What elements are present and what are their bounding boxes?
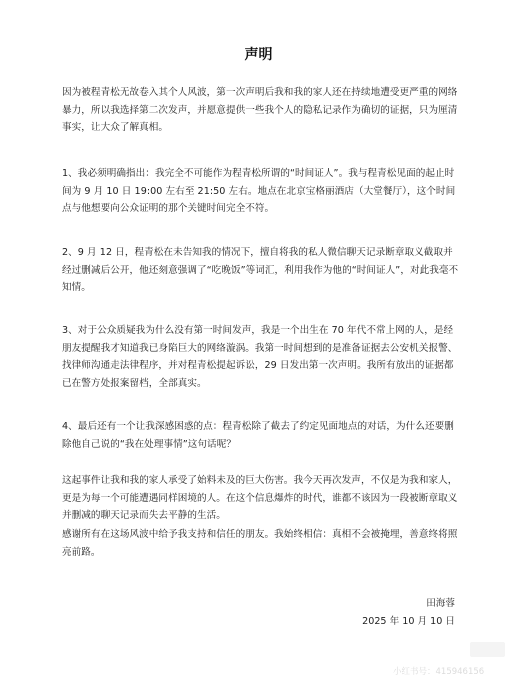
watermark-logo-icon <box>470 642 505 657</box>
paragraph-point-3: 3、对于公众质疑我为什么没有第一时间发声，我是一个出生在 70 年代不常上网的人… <box>62 322 462 393</box>
paragraph-point-1: 1、我必须明确指出：我完全不可能作为程青松所谓的“时间证人”。我与程青松见面的起… <box>62 165 462 218</box>
paragraph-intro: 因为被程青松无故卷入其个人风波，第一次声明后我和我的家人还在持续地遭受更严重的网… <box>62 84 462 137</box>
signature-date: 2025 年 10 月 10 日 <box>362 613 455 627</box>
signature-name: 田海蓉 <box>426 595 455 609</box>
statement-title: 声明 <box>0 44 517 64</box>
paragraph-closing: 这起事件让我和我的家人承受了始料未及的巨大伤害。我今天再次发声，不仅是为我和家人… <box>62 472 462 525</box>
paragraph-thanks: 感谢所有在这场风波中给予我支持和信任的朋友。我始终相信：真相不会被掩埋，善意终将… <box>62 526 462 561</box>
paragraph-point-4: 4、最后还有一个让我深感困惑的点：程青松除了截去了约定见面地点的对话，为什么还要… <box>62 418 462 453</box>
watermark-text: 小红书号：415946156 <box>393 665 484 677</box>
paragraph-point-2: 2、9 月 12 日，程青松在未告知我的情况下，擅自将我的私人微信聊天记录断章取… <box>62 244 462 297</box>
